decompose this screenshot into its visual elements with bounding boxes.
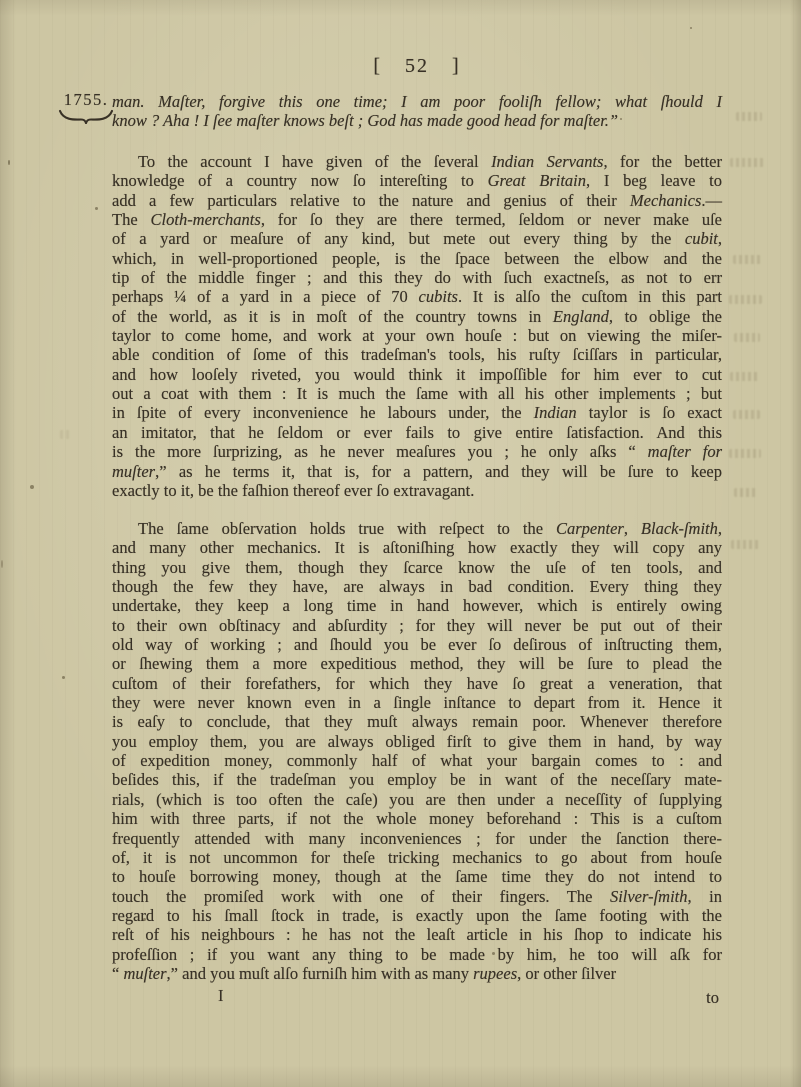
text-line: though the few they have, are always in … bbox=[112, 577, 722, 596]
text-line: The ſame obſervation holds true with reſ… bbox=[112, 519, 722, 538]
paper-speck bbox=[143, 918, 146, 921]
text-line: profeſſion ; if you want any thing to be… bbox=[112, 945, 722, 964]
text-line: is the more ſurprizing, as he never meaſ… bbox=[112, 442, 722, 461]
paper-speck bbox=[492, 952, 495, 955]
show-through-ghost bbox=[731, 540, 759, 549]
paper-speck bbox=[95, 207, 98, 210]
text-line: regard to his ſmall ſtock in trade, is e… bbox=[112, 906, 722, 925]
paper-speck bbox=[8, 160, 10, 165]
text-line: of, it is not uncommon for theſe trickin… bbox=[112, 848, 722, 867]
text-line: reſt of his neighbours : he has not the … bbox=[112, 925, 722, 944]
show-through-ghost bbox=[730, 158, 764, 167]
show-through-ghost bbox=[730, 372, 760, 381]
text-line: beſides this, if the tradeſman you emplo… bbox=[112, 770, 722, 789]
text-line: and many other mechanics. It is aſtoniſh… bbox=[112, 538, 722, 557]
text-line: in ſpite of every inconvenience he labou… bbox=[112, 403, 722, 422]
text-line: taylor to come home, and work at your ow… bbox=[112, 326, 722, 345]
book-page: [ 52 ] 1755. man. Maſter, forgive this o… bbox=[0, 0, 801, 1087]
text-line: of expedition money, commonly half of wh… bbox=[112, 751, 722, 770]
text-line: of a yard or meaſure of any kind, but me… bbox=[112, 229, 722, 248]
text-line: to houſe borrowing money, though at the … bbox=[112, 867, 722, 886]
text-line: to their own obſtinacy and abſurdity ; f… bbox=[112, 616, 722, 635]
text-line: him with three parts, if not the whole m… bbox=[112, 809, 722, 828]
show-through-ghost bbox=[729, 449, 761, 458]
paragraph-mechanics: To the account I have given of the ſever… bbox=[112, 152, 722, 500]
text-line: knowledge of a country now ſo intereſtin… bbox=[112, 171, 722, 190]
text-line: thing you give them, though they ſcarce … bbox=[112, 558, 722, 577]
text-line: exactly to it, be the faſhion thereof ev… bbox=[112, 481, 722, 500]
paper-speck bbox=[1, 560, 3, 568]
show-through-ghost bbox=[60, 430, 70, 439]
text-line: an imitator, that he ſeldom or ever fail… bbox=[112, 423, 722, 442]
text-line: cuſtom of their forefathers, for which t… bbox=[112, 674, 722, 693]
catchword: to bbox=[706, 988, 719, 1008]
text-line: rials, (which is too often the caſe) you… bbox=[112, 790, 722, 809]
text-line: or ſhewing them a more expeditious metho… bbox=[112, 654, 722, 673]
paper-speck bbox=[620, 118, 622, 120]
paper-speck bbox=[690, 27, 692, 29]
text-line: know ? Aha ! I ſee maſter knows beſt ; G… bbox=[112, 111, 722, 130]
text-line: old way of working ; and ſhould you be e… bbox=[112, 635, 722, 654]
text-line: “ muſter,” and you muſt alſo furniſh him… bbox=[112, 964, 722, 983]
paragraph-carpenter: The ſame obſervation holds true with reſ… bbox=[112, 519, 722, 983]
underbrace-icon bbox=[57, 108, 115, 129]
footer-row: I to bbox=[112, 986, 722, 1006]
text-line: tip of the middle finger ; and this they… bbox=[112, 268, 722, 287]
show-through-ghost bbox=[734, 488, 758, 497]
show-through-ghost bbox=[733, 410, 760, 419]
text-line: is eaſy to conclude, that they muſt alwa… bbox=[112, 712, 722, 731]
text-line: muſter,” as he terms it, that is, for a … bbox=[112, 462, 722, 481]
show-through-ghost bbox=[733, 255, 761, 264]
text-line: perhaps ¼ of a yard in a piece of 70 cub… bbox=[112, 287, 722, 306]
text-line: The Cloth-merchants, for ſo they are the… bbox=[112, 210, 722, 229]
quote-paragraph: man. Maſter, forgive this one time; I am… bbox=[112, 92, 722, 131]
show-through-ghost bbox=[734, 333, 760, 342]
year-margin-note: 1755. bbox=[57, 90, 115, 129]
year-label: 1755. bbox=[64, 90, 109, 109]
text-line: and how looſely riveted, you would think… bbox=[112, 365, 722, 384]
show-through-ghost bbox=[736, 112, 762, 121]
page-number-header: [ 52 ] bbox=[112, 55, 722, 78]
show-through-ghost bbox=[729, 295, 762, 304]
text-line: To the account I have given of the ſever… bbox=[112, 152, 722, 171]
text-line: frequently attended with many inconvenie… bbox=[112, 829, 722, 848]
text-line: of the world, as it is in moſt of the co… bbox=[112, 307, 722, 326]
text-line: man. Maſter, forgive this one time; I am… bbox=[112, 92, 722, 111]
signature-mark: I bbox=[218, 986, 224, 1006]
text-line: you employ them, you are always obliged … bbox=[112, 732, 722, 751]
text-line: they were never known even in a ſingle i… bbox=[112, 693, 722, 712]
text-line: able condition of ſome of this tradeſman… bbox=[112, 345, 722, 364]
paper-speck bbox=[62, 676, 65, 679]
text-line: which, in well-proportioned people, is t… bbox=[112, 249, 722, 268]
text-line: undertake, they keep a long time in hand… bbox=[112, 596, 722, 615]
text-line: touch the promiſed work with one of thei… bbox=[112, 887, 722, 906]
paper-speck bbox=[30, 485, 34, 489]
text-line: add a few particulars relative to the na… bbox=[112, 191, 722, 210]
text-line: out a coat with them : It is much the ſa… bbox=[112, 384, 722, 403]
